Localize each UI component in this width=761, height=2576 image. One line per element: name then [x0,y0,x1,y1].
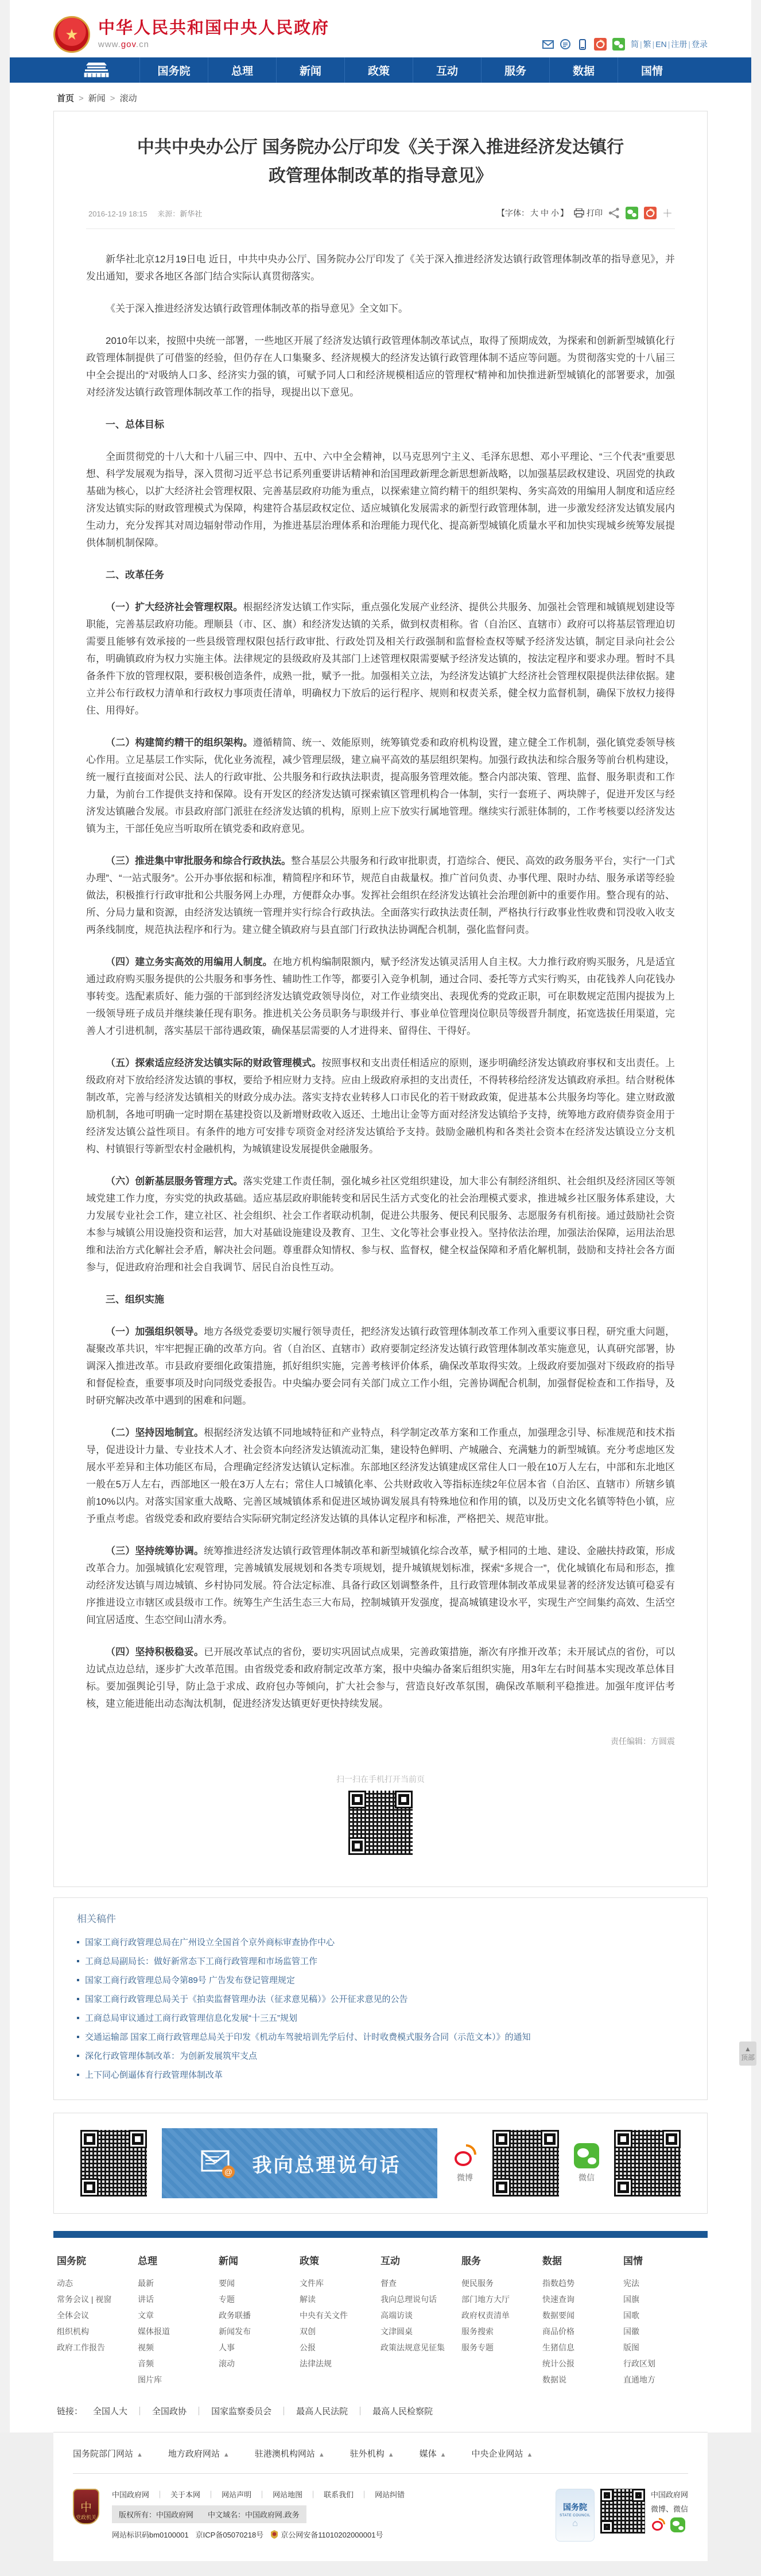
partner-link[interactable]: 全国人大 [93,2407,127,2416]
topbar-link[interactable]: 登录 [692,40,708,49]
footer-link[interactable]: 法律法规 [300,2356,380,2372]
weibo-label: 微博 [457,2172,473,2183]
wechat-icon[interactable] [612,38,625,51]
footer-link[interactable]: 国歌 [623,2307,704,2323]
partner-link[interactable]: 全国政协 [152,2407,187,2416]
state-council-client-card[interactable]: 国务院 STATE COUNCIL ⌂ [556,2489,595,2542]
chevron-up-icon: ▲ [223,2451,230,2458]
site-group-dropdown[interactable]: 国务院部门网站▲ [73,2447,143,2459]
article-meta-right: 【字体：大中小】 打印 ＋ [497,206,673,220]
footer-link[interactable]: 音频 [138,2356,219,2372]
footer-link[interactable]: 政府权责清单 [461,2307,542,2323]
weibo-block[interactable]: 微博 [452,2143,477,2183]
wechat-icon [574,2143,599,2168]
client-qr-code [80,2130,147,2197]
footer-link[interactable]: 督查 [380,2275,461,2291]
footer-bottom-link[interactable]: 网站地图 [273,2490,302,2499]
footer-column: 国情宪法国旗国歌国徽版图行政区划直通地方 [623,2253,704,2388]
footer-column: 新闻要闻专题政务联播新闻发布人事滚动 [219,2253,300,2388]
footer-bottom-link[interactable]: 关于本网 [170,2490,200,2499]
site-group-dropdown[interactable]: 地方政府网站▲ [168,2447,230,2459]
copyright-section: 中 党政机关 中国政府网｜关于本网｜网站声明｜网站地图｜联系我们｜网站纠错 版权… [73,2474,688,2542]
site-brand[interactable]: ★ 中华人民共和国中央人民政府 www.gov.cn [53,16,329,53]
footer-link[interactable]: 指数趋势 [542,2275,623,2291]
footer-link[interactable]: 数据要闻 [542,2307,623,2323]
related-link-item: 国家工商行政管理总局关于《拍卖监督管理办法（征求意见稿）》公开征求意见的公告 [77,1990,684,2009]
footer-link[interactable]: 数据说 [542,2372,623,2388]
weibo-icon[interactable] [651,2517,666,2532]
site-title: 中华人民共和国中央人民政府 [98,20,329,38]
breadcrumb: 首页>新闻>滚动 [53,83,708,111]
related-link[interactable]: 工商总局审议通过工商行政管理信息化发展“十三五”规划 [85,2013,297,2023]
footer-column-title[interactable]: 政策 [300,2253,380,2267]
nav-item[interactable]: 国情 [618,57,686,83]
footer-column: 政策文件库解读中央有关文件双创公报法律法规 [300,2253,380,2388]
footer-column-title[interactable]: 总理 [138,2253,219,2267]
page: ★ 中华人民共和国中央人民政府 www.gov.cn [0,0,761,2576]
footer-column: 数据指数趋势快速查询数据要闻商品价格生猪信息统计公报数据说 [542,2253,623,2388]
wechat-qr-code [614,2130,681,2197]
footer-link[interactable]: 版图 [623,2339,704,2356]
source-label: 来源： [157,210,180,218]
related-title: 相关稿件 [77,1911,684,1925]
site-group-dropdown[interactable]: 媒体▲ [420,2447,446,2459]
related-link-item: 国家工商行政管理总局令第89号 广告发布登记管理规定 [77,1971,684,1990]
footer-bottom-link[interactable]: 中国政府网 [112,2490,149,2499]
footer-link[interactable]: 文件库 [300,2275,380,2291]
partner-link[interactable]: 最高人民检察院 [372,2407,433,2416]
more-share-button[interactable]: ＋ [662,206,673,220]
related-link[interactable]: 交通运输部 国家工商行政管理总局关于印发《机动车驾驶培训先学后付、计时收费模式服… [85,2032,531,2042]
related-link-item: 上下同心倒逼体育行政管理体制改革 [77,2066,684,2085]
related-link[interactable]: 深化行政管理体制改革：为创新发展筑牢支点 [85,2051,257,2061]
footer-link[interactable]: 统计公报 [542,2356,623,2372]
related-link[interactable]: 国家工商行政管理总局令第89号 广告发布登记管理规定 [85,1975,295,1985]
share-icon[interactable] [608,207,620,219]
topbar-links: 简|繁|EN|注册|登录 [631,38,708,50]
footer-bottom-zone: 国务院部门网站▲地方政府网站▲驻港澳机构网站▲驻外机构▲媒体▲中央企业网站▲ 中… [0,2432,761,2576]
footer-link[interactable]: 常务会议 | 视窗 [57,2291,138,2307]
nav-home-tiananmen-icon[interactable] [53,57,139,83]
font-size-control: 【字体：大中小】 [497,207,568,219]
footer-social: 中国政府网 微博、微信 [651,2489,688,2532]
article-date: 2016-12-19 18:15 [88,210,147,218]
section-heading: 二、改革任务 [86,567,675,584]
article-paragraph: （一）扩大经济社会管理权限。根据经济发达镇工作实际，重点强化发展产业经济、提供公… [86,599,675,719]
footer-link[interactable]: 我向总理说句话 [380,2291,461,2307]
article-paragraph: （二）坚持因地制宜。根据经济发达镇不同地域特征和产业特点，科学制定改革方案和工作… [86,1424,675,1528]
partner-link[interactable]: 国家监察委员会 [211,2407,271,2416]
article-paragraph: （三）推进集中审批服务和综合行政执法。整合基层公共服务和行政审批职责，打造综合、… [86,853,675,939]
svg-text:@: @ [224,2167,232,2176]
footer-link[interactable]: 双创 [300,2323,380,2339]
related-link[interactable]: 国家工商行政管理总局在广州设立全国首个京外商标审查协作中心 [85,1938,335,1947]
footer-link[interactable]: 宪法 [623,2275,704,2291]
site-group-dropdown[interactable]: 驻外机构▲ [350,2447,394,2459]
article-qr-block: 扫一扫在手机打开当前页 [86,1773,675,1858]
related-link[interactable]: 国家工商行政管理总局关于《拍卖监督管理办法（征求意见稿）》公开征求意见的公告 [85,1994,408,2004]
footer-link[interactable]: 快速查询 [542,2291,623,2307]
article-paragraph: 新华社北京12月19日电 近日，中共中央办公厅、国务院办公厅印发了《关于深入推进… [86,251,675,285]
related-link-item: 工商总局审议通过工商行政管理信息化发展“十三五”规划 [77,2009,684,2028]
related-link-item: 深化行政管理体制改革：为创新发展筑牢支点 [77,2047,684,2066]
related-link[interactable]: 上下同心倒逼体育行政管理体制改革 [85,2070,223,2080]
content-sheet: ★ 中华人民共和国中央人民政府 www.gov.cn [10,0,751,2432]
footer-link[interactable]: 滚动 [219,2356,300,2372]
article-meta-left: 2016-12-19 18:15 来源：新华社 [88,208,202,219]
topbar-link[interactable]: 简 [631,40,639,49]
article-paragraph: 《关于深入推进经济发达镇行政管理体制改革的指导意见》全文如下。 [86,300,675,317]
topbar: 简|繁|EN|注册|登录 [542,38,708,53]
footer-link[interactable]: 动态 [57,2275,138,2291]
footer-link[interactable]: 全体会议 [57,2307,138,2323]
related-link[interactable]: 工商总局副局长：做好新常态下工商行政管理和市场监管工作 [85,1957,317,1966]
footer-link[interactable]: 组织机构 [57,2323,138,2339]
footer-link[interactable]: 专题 [219,2291,300,2307]
site-group-dropdown[interactable]: 中央企业网站▲ [472,2447,533,2459]
footer-nav-grid: 国务院动态常务会议 | 视窗全体会议组织机构政府工作报告总理最新讲话文章媒体报道… [53,2238,708,2399]
nav-item[interactable]: 政策 [344,57,413,83]
icp-number: 京ICP备05070218号 [196,2529,264,2540]
weibo-qr-code [492,2130,559,2197]
site-dropdowns-row: 国务院部门网站▲地方政府网站▲驻港澳机构网站▲驻外机构▲媒体▲中央企业网站▲ [73,2447,688,2474]
topbar-link[interactable]: 注册 [671,40,687,49]
related-articles: 相关稿件 国家工商行政管理总局在广州设立全国首个京外商标审查协作中心工商总局副局… [53,1897,708,2100]
footer-link[interactable]: 要闻 [219,2275,300,2291]
chevron-up-icon: ▲ [319,2451,325,2458]
footer-link[interactable]: 国旗 [623,2291,704,2307]
promo-banner: @ 我向总理说句话 微博 微信 [53,2113,708,2214]
related-link-item: 工商总局副局长：做好新常态下工商行政管理和市场监管工作 [77,1952,684,1971]
weibo-icon [452,2143,477,2168]
article-body: 新华社北京12月19日电 近日，中共中央办公厅、国务院办公厅印发了《关于深入推进… [86,229,675,1713]
footer-link[interactable]: 文津圆桌 [380,2323,461,2339]
banner-text: 我向总理说句话 [253,2149,401,2178]
article-title: 中共中央办公厅 国务院办公厅印发《关于深入推进经济发达镇行政管理体制改革的指导意… [134,133,627,191]
nav-item[interactable]: 国务院 [139,57,208,83]
copyright-links: 中国政府网｜关于本网｜网站声明｜网站地图｜联系我们｜网站纠错 [112,2489,543,2500]
article-meta: 2016-12-19 18:15 来源：新华社 【字体：大中小】 打印 ＋ [86,206,675,229]
footer-link[interactable]: 行政区划 [623,2356,704,2372]
footer-link[interactable]: 最新 [138,2275,219,2291]
nav-item[interactable]: 新闻 [276,57,344,83]
wechat-label: 微信 [578,2172,595,2183]
footer-link[interactable]: 便民服务 [461,2275,542,2291]
footer-bottom-link[interactable]: 网站纠错 [375,2490,405,2499]
police-badge-icon [270,2530,278,2539]
source-link[interactable]: 新华社 [180,210,202,218]
footer-link[interactable]: 图片库 [138,2372,219,2388]
article-paragraph: （五）探索适应经济发达镇实际的财政管理模式。按照事权和支出责任相适应的原则，逐步… [86,1055,675,1158]
mail-banner-icon: @ [199,2145,239,2181]
footer-column-title[interactable]: 新闻 [219,2253,300,2267]
nav-item[interactable]: 数据 [549,57,618,83]
footer-column-title[interactable]: 数据 [542,2253,623,2267]
chevron-up-icon: ▲ [388,2451,394,2458]
links-row-label: 链接： [57,2407,83,2416]
footer-link[interactable]: 生猪信息 [542,2339,623,2356]
footer-link[interactable]: 部门地方大厅 [461,2291,542,2307]
wechat-icon[interactable] [670,2517,685,2532]
printer-icon [574,208,584,218]
building-icon: ⌂ [572,2519,578,2529]
party-gov-badge: 中 党政机关 [73,2489,99,2524]
topbar-link[interactable]: EN [655,40,666,49]
site-header: ★ 中华人民共和国中央人民政府 www.gov.cn [10,0,751,57]
weibo-icon[interactable] [594,38,607,51]
nav-item[interactable]: 互动 [413,57,481,83]
font-size-small[interactable]: 小 [551,208,559,218]
share-weibo-icon[interactable] [644,207,657,219]
font-size-medium[interactable]: 中 [541,208,549,218]
footer-link[interactable]: 文章 [138,2307,219,2323]
footer-link[interactable]: 直通地方 [623,2372,704,2388]
footer-link[interactable]: 人事 [219,2339,300,2356]
article-paragraph: （三）坚持统筹协调。统筹推进经济发达镇行政管理体制改革和新型城镇化综合改革，赋予… [86,1543,675,1629]
topbar-link[interactable]: 繁 [643,40,651,49]
footer-column-title[interactable]: 国情 [623,2253,704,2267]
footer-link[interactable]: 讲话 [138,2291,219,2307]
mobile-icon[interactable] [577,38,588,50]
footer-link[interactable]: 解读 [300,2291,380,2307]
nav-items: 国务院总理新闻政策互动服务数据国情 [139,57,686,83]
related-link-item: 国家工商行政管理总局在广州设立全国首个京外商标审查协作中心 [77,1933,684,1952]
footer-link[interactable]: 视频 [138,2339,219,2356]
main-nav: 国务院总理新闻政策互动服务数据国情 [10,57,751,83]
section-heading: 三、组织实施 [86,1291,675,1308]
editor-byline: 责任编辑：方圆震 [86,1736,675,1747]
related-link-item: 交通运输部 国家工商行政管理总局关于印发《机动车驾驶培训先学后付、计时收费模式服… [77,2028,684,2047]
accessibility-icon[interactable] [560,38,571,50]
footer-column-title[interactable]: 服务 [461,2253,542,2267]
font-size-large[interactable]: 大 [530,208,538,218]
mail-icon[interactable] [542,38,554,50]
qr-caption: 扫一扫在手机打开当前页 [86,1773,675,1785]
footer-bottom-link[interactable]: 网站声明 [222,2490,251,2499]
share-wechat-icon[interactable] [626,207,638,219]
footer-link[interactable]: 政策法规意见征集 [380,2339,461,2356]
footer-link[interactable]: 服务搜索 [461,2323,542,2339]
site-code: 网站标识码bm0100001 [112,2529,189,2540]
copyright-line: 版权所有：中国政府网 中文域名：中国政府网.政务 [112,2505,543,2523]
footer-bottom-link[interactable]: 联系我们 [324,2490,354,2499]
breadcrumb-link[interactable]: 滚动 [120,94,137,103]
breadcrumb-link[interactable]: 首页 [57,94,74,103]
print-button[interactable]: 打印 [574,207,603,219]
site-url: www.gov.cn [98,40,329,49]
footer-link[interactable]: 政务联播 [219,2307,300,2323]
footer-link[interactable]: 高端访谈 [380,2307,461,2323]
chevron-up-icon: ▲ [137,2451,143,2458]
national-emblem-logo: ★ [53,16,90,53]
footer-link[interactable]: 服务专题 [461,2339,542,2356]
footer-link[interactable]: 商品价格 [542,2323,623,2339]
footer-qr-code [600,2489,645,2534]
footer-link[interactable]: 中央有关文件 [300,2307,380,2323]
footer-column: 国务院动态常务会议 | 视窗全体会议组织机构政府工作报告 [57,2253,138,2388]
footer-column: 总理最新讲话文章媒体报道视频音频图片库 [138,2253,219,2388]
police-number: 京公网安备11010202000001号 [281,2529,383,2540]
footer-link[interactable]: 公报 [300,2339,380,2356]
section-heading: 一、总体目标 [86,416,675,433]
footer-link[interactable]: 媒体报道 [138,2323,219,2339]
footer-column: 互动督查我向总理说句话高端访谈文津圆桌政策法规意见征集 [380,2253,461,2388]
footer-link[interactable]: 新闻发布 [219,2323,300,2339]
article-paragraph: （四）建立务实高效的用编用人制度。在地方机构编制限额内，赋予经济发达镇灵活用人自… [86,954,675,1040]
write-to-premier-banner[interactable]: @ 我向总理说句话 [162,2128,437,2198]
wechat-block[interactable]: 微信 [574,2143,599,2183]
article-paragraph: （六）创新基层服务管理方式。落实党建工作责任制，强化城乡社区党组织建设，加大非公… [86,1173,675,1276]
chevron-up-icon: ▲ [440,2451,446,2458]
article-paragraph: （一）加强组织领导。地方各级党委要切实履行领导责任，把经济发达镇行政管理体制改革… [86,1323,675,1409]
footer-link[interactable]: 国徽 [623,2323,704,2339]
nav-item[interactable]: 总理 [208,57,276,83]
footer-column-title[interactable]: 国务院 [57,2253,138,2267]
registration-line: 网站标识码bm0100001 京ICP备05070218号 京公网安备11010… [112,2529,543,2540]
related-list: 国家工商行政管理总局在广州设立全国首个京外商标审查协作中心工商总局副局长：做好新… [77,1933,684,2085]
footer-divider-bar [53,2231,708,2238]
article: 中共中央办公厅 国务院办公厅印发《关于深入推进经济发达镇行政管理体制改革的指导意… [53,111,708,1887]
partner-link[interactable]: 最高人民法院 [296,2407,348,2416]
article-paragraph: （四）坚持积极稳妥。已开展改革试点的省份，要切实巩固试点成果，完善政策措施，渐次… [86,1644,675,1713]
footer-link[interactable]: 政府工作报告 [57,2339,138,2356]
footer-column-title[interactable]: 互动 [380,2253,461,2267]
qr-code [348,1791,413,1855]
article-paragraph: （二）构建简约精干的组织架构。遵循精简、统一、效能原则，统筹镇党委和政府机构设置… [86,734,675,838]
site-group-dropdown[interactable]: 驻港澳机构网站▲ [255,2447,325,2459]
article-paragraph: 2010年以来，按照中央统一部署，一些地区开展了经济发达镇行政管理体制改革试点，… [86,332,675,401]
footer-links-row: 链接：全国人大｜全国政协｜国家监察委员会｜最高人民法院｜最高人民检察院 [53,2399,708,2432]
footer-column: 服务便民服务部门地方大厅政府权责清单服务搜索服务专题 [461,2253,542,2388]
article-paragraph: 全面贯彻党的十八大和十八届三中、四中、五中、六中全会精神，以马克思列宁主义、毛泽… [86,448,675,552]
back-to-top-button[interactable]: ▲顶部 [739,2042,756,2066]
chevron-up-icon: ▲ [527,2451,533,2458]
breadcrumb-link[interactable]: 新闻 [88,94,106,103]
nav-item[interactable]: 服务 [481,57,549,83]
